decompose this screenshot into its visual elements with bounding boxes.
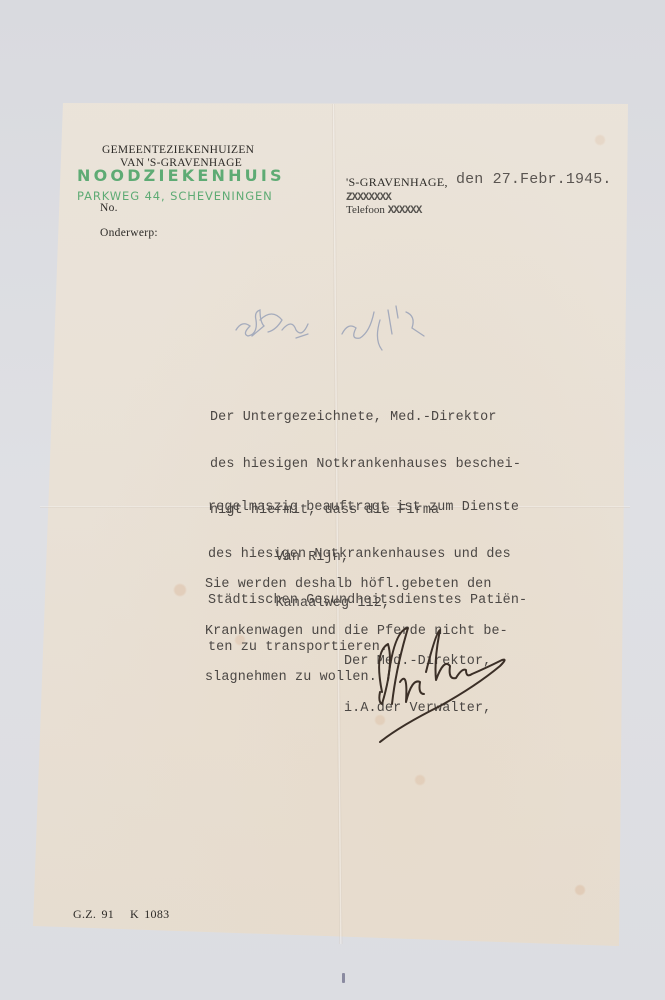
body-line: regelmaszig beauftragt ist zum Dienste bbox=[208, 500, 527, 516]
print-code: G.Z. 91 K 1083 bbox=[73, 907, 169, 922]
phone-struck-number: XXXXXX bbox=[388, 205, 422, 217]
pencil-annotation-icon bbox=[230, 290, 460, 370]
hospital-stamp-address: PARKWEG 44, SCHEVENINGEN bbox=[77, 189, 273, 203]
struck-out-line: ZXXXXXXX bbox=[346, 191, 391, 204]
body-line: Sie werden deshalb höfl.gebeten den bbox=[205, 577, 508, 593]
struck-text: ZXXXXXXX bbox=[346, 192, 391, 204]
phone-line: Telefoon XXXXXX bbox=[346, 204, 421, 217]
hospital-stamp-name: NOODZIEKENHUIS bbox=[77, 166, 285, 185]
number-label: No. bbox=[100, 202, 118, 214]
background-speck bbox=[342, 973, 345, 983]
subject-label: Onderwerp: bbox=[100, 227, 158, 239]
phone-label: Telefoon bbox=[346, 204, 385, 216]
handwritten-signature-icon bbox=[360, 622, 560, 752]
body-line: Der Untergezeichnete, Med.-Direktor bbox=[210, 410, 521, 426]
city-label: 'S-GRAVENHAGE, bbox=[346, 175, 448, 190]
typed-date: den 27.Febr.1945. bbox=[456, 172, 612, 188]
letterhead-line1: GEMEENTEZIEKENHUIZEN bbox=[102, 144, 254, 156]
